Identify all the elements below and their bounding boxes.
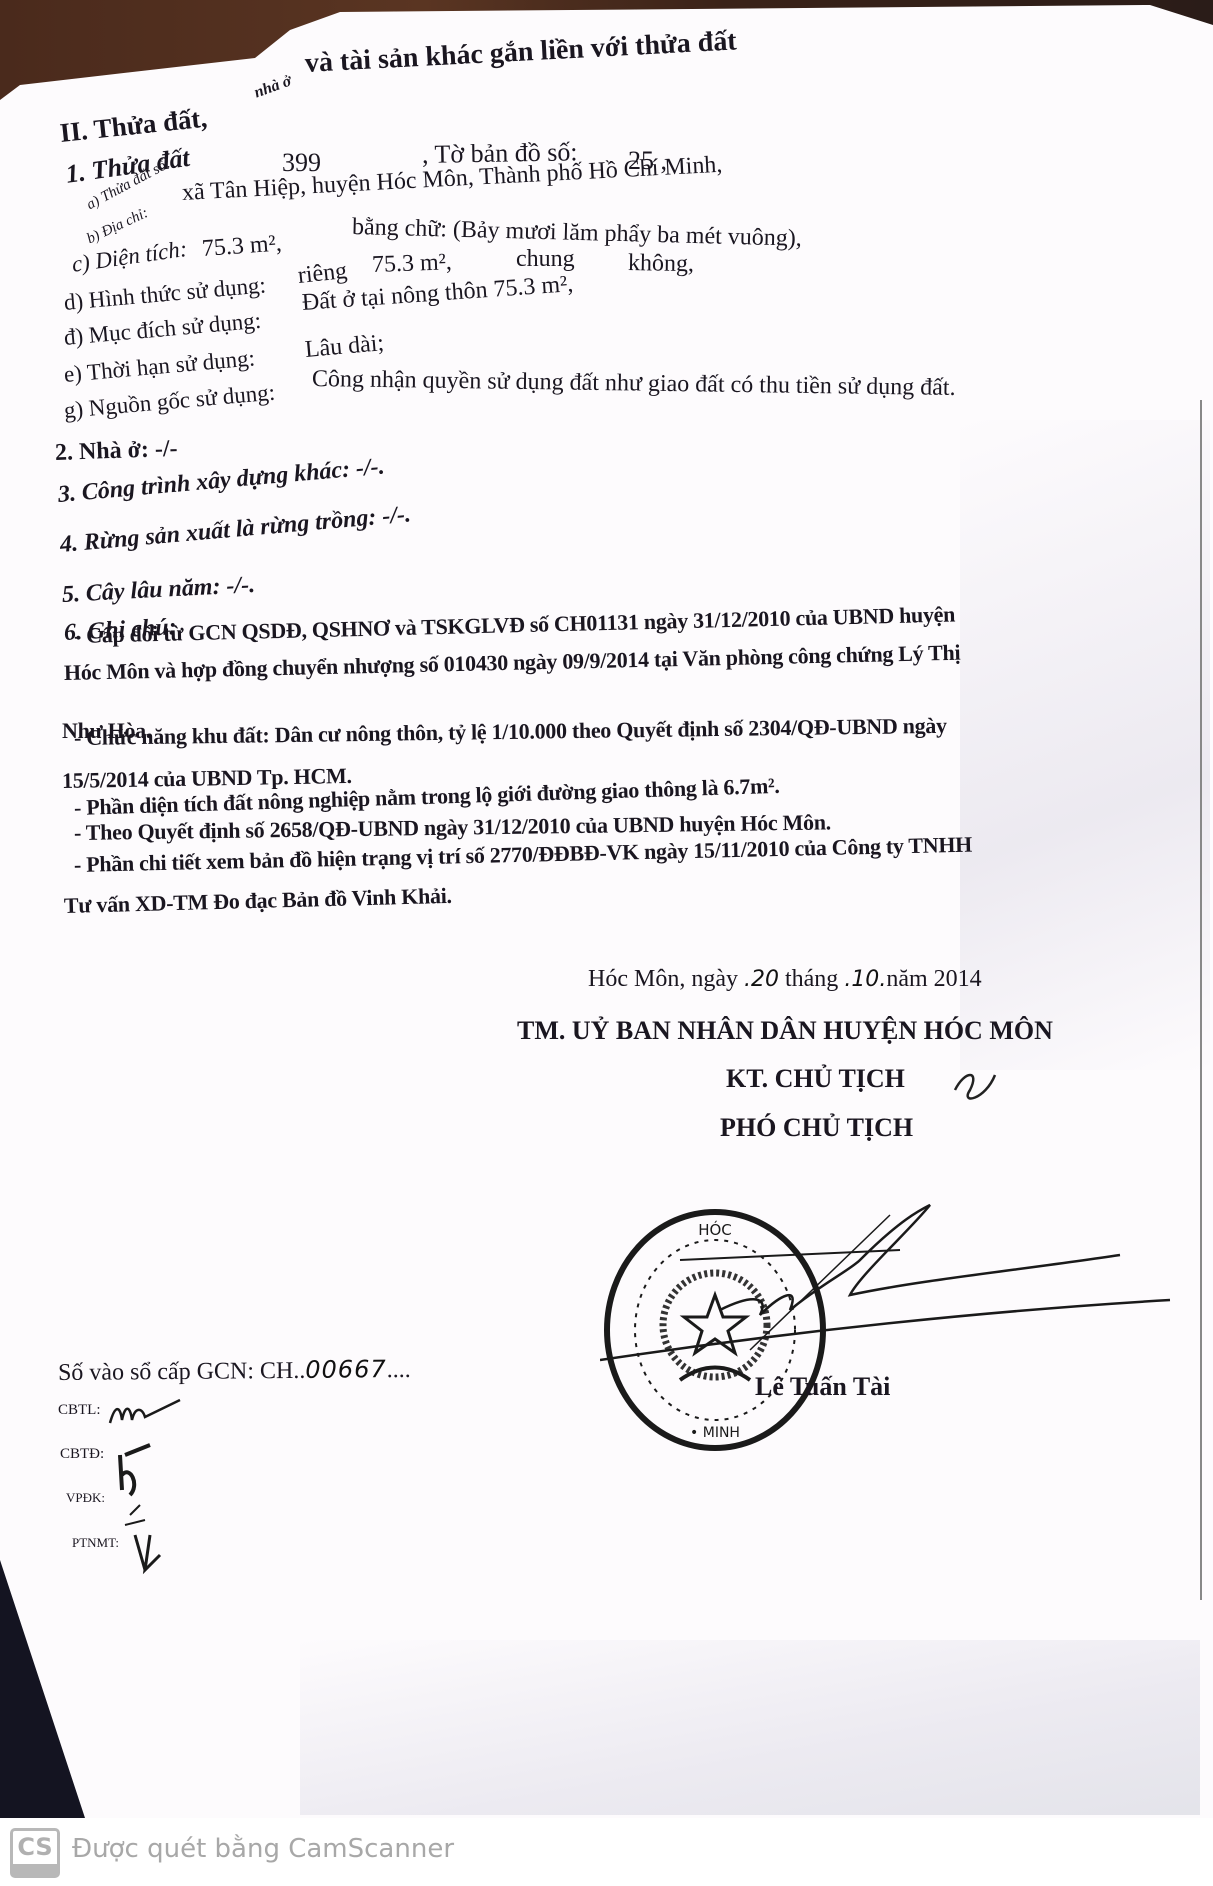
shared-label: chung xyxy=(516,246,575,273)
approval-cbtl: CBTL: xyxy=(58,1402,101,1419)
svg-text:• MINH: • MINH xyxy=(690,1425,740,1441)
role-vice-chairman: PHÓ CHỦ TỊCH xyxy=(720,1113,913,1143)
scanner-watermark-bar: CS Được quét bằng CamScanner xyxy=(0,1818,1213,1886)
section-house: 2. Nhà ở: -/- xyxy=(55,436,178,467)
registry-label: Số vào sổ cấp GCN: CH.. xyxy=(58,1358,306,1386)
approval-vpdk: VPĐK: xyxy=(66,1490,105,1506)
svg-text:HÓC: HÓC xyxy=(698,1220,732,1239)
approval-ptnmt: PTNMT: xyxy=(72,1535,119,1551)
month-label: tháng xyxy=(785,966,838,992)
approval-cbtd-label: CBTĐ: xyxy=(60,1446,104,1462)
authority-title: TM. UỶ BAN NHÂN DÂN HUYỆN HÓC MÔN xyxy=(517,1016,1053,1046)
section-perennial-trees-value: -/-. xyxy=(226,572,256,599)
section-planted-forest-value: -/-. xyxy=(381,501,412,529)
date-day: 20 xyxy=(751,967,779,992)
area-value: 75.3 m², xyxy=(201,230,283,263)
section-house-value: -/- xyxy=(154,436,178,463)
private-label: riêng xyxy=(297,258,349,290)
camscanner-logo-text: CS xyxy=(13,1833,57,1861)
date-month: 10 xyxy=(851,967,879,992)
official-seal-icon: HÓC • MINH xyxy=(600,1205,830,1455)
place-date-prefix: Hóc Môn, ngày xyxy=(588,966,738,992)
shared-value: không, xyxy=(628,250,694,278)
approval-cbtd: CBTĐ: xyxy=(60,1446,104,1463)
camscanner-logo-bar xyxy=(13,1864,57,1875)
section-house-label: 2. Nhà ở: xyxy=(55,437,150,466)
registry-number: Số vào sổ cấp GCN: CH..00667.... xyxy=(58,1355,411,1387)
approval-cbtl-label: CBTL: xyxy=(58,1402,101,1418)
approval-ptnmt-label: PTNMT: xyxy=(72,1535,119,1550)
place-date: Hóc Môn, ngày .20 tháng .10.năm 2014 xyxy=(588,966,982,993)
registry-trailing-dots: .... xyxy=(387,1357,411,1383)
section-other-construction-value: -/-. xyxy=(355,453,386,481)
approval-vpdk-label: VPĐK: xyxy=(66,1490,105,1505)
role-deputy-for-chairman: KT. CHỦ TỊCH xyxy=(726,1064,905,1094)
camscanner-logo-icon: CS xyxy=(10,1828,60,1878)
signer-name: Lê Tuấn Tài xyxy=(755,1372,890,1402)
private-area: 75.3 m², xyxy=(372,249,453,279)
watermark-text: Được quét bằng CamScanner xyxy=(72,1834,454,1864)
registry-handwritten-number: 00667 xyxy=(305,1355,387,1384)
year-label: năm 2014 xyxy=(886,966,981,992)
